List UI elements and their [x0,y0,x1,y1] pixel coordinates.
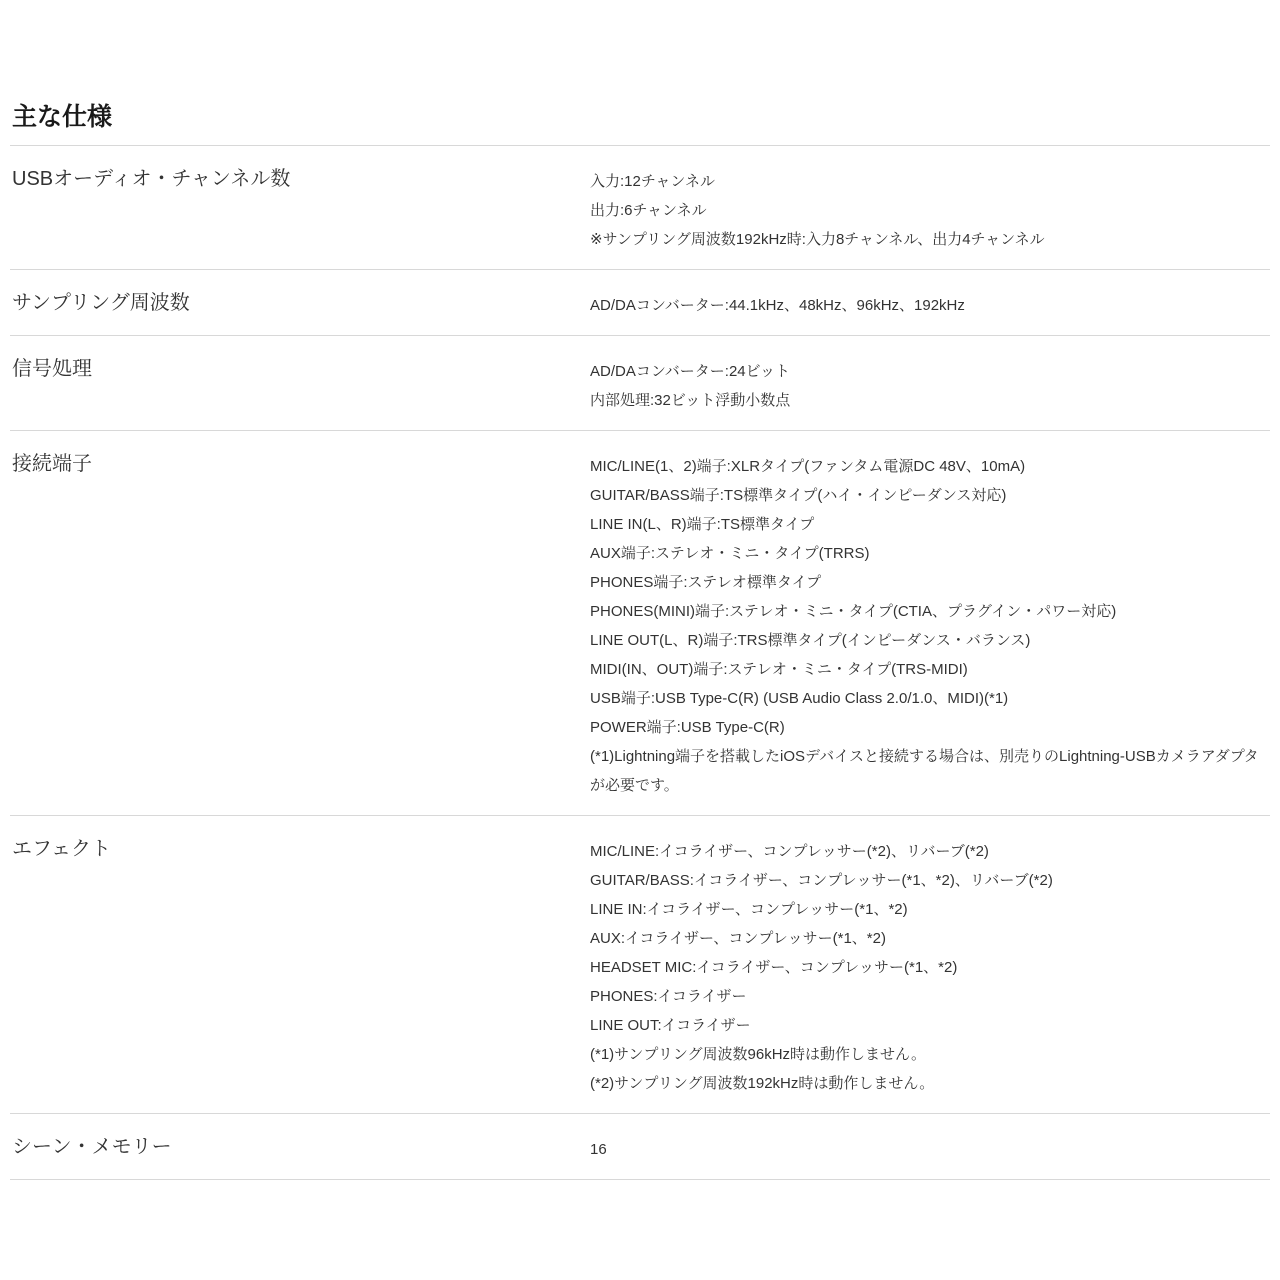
page-title: 主な仕様 [10,0,1270,146]
spec-label: 接続端子 [10,451,590,477]
spec-value-line: AD/DAコンバーター:44.1kHz、48kHz、96kHz、192kHz [590,291,1270,320]
spec-value-line: POWER端子:USB Type-C(R) [590,713,1270,742]
spec-value: MIC/LINE:イコライザー、コンプレッサー(*2)、リバーブ(*2)GUIT… [590,836,1270,1098]
spec-label: シーン・メモリー [10,1134,590,1160]
spec-value-line: ※サンプリング周波数192kHz時:入力8チャンネル、出力4チャンネル [590,225,1270,254]
spec-value-line: GUITAR/BASS:イコライザー、コンプレッサー(*1、*2)、リバーブ(*… [590,866,1270,895]
spec-value-line: LINE IN(L、R)端子:TS標準タイプ [590,510,1270,539]
spec-value-line: HEADSET MIC:イコライザー、コンプレッサー(*1、*2) [590,953,1270,982]
spec-value: 16 [590,1134,1270,1164]
spec-value-line: 16 [590,1135,1270,1164]
spec-value-line: PHONES(MINI)端子:ステレオ・ミニ・タイプ(CTIA、プラグイン・パワ… [590,597,1270,626]
spec-row: USBオーディオ・チャンネル数入力:12チャンネル出力:6チャンネル※サンプリン… [10,146,1270,270]
spec-value-line: LINE OUT(L、R)端子:TRS標準タイプ(インピーダンス・バランス) [590,626,1270,655]
spec-row: サンプリング周波数AD/DAコンバーター:44.1kHz、48kHz、96kHz… [10,270,1270,336]
spec-value: MIC/LINE(1、2)端子:XLRタイプ(ファンタム電源DC 48V、10m… [590,451,1270,800]
spec-value-line: LINE OUT:イコライザー [590,1011,1270,1040]
spec-value-line: PHONES端子:ステレオ標準タイプ [590,568,1270,597]
spec-value-line: AD/DAコンバーター:24ビット [590,357,1270,386]
spec-value-line: AUX:イコライザー、コンプレッサー(*1、*2) [590,924,1270,953]
spec-row: 信号処理AD/DAコンバーター:24ビット内部処理:32ビット浮動小数点 [10,336,1270,431]
spec-value-line: 入力:12チャンネル [590,167,1270,196]
spec-value-line: LINE IN:イコライザー、コンプレッサー(*1、*2) [590,895,1270,924]
spec-value-line: 内部処理:32ビット浮動小数点 [590,386,1270,415]
spec-value-line: PHONES:イコライザー [590,982,1270,1011]
spec-table: USBオーディオ・チャンネル数入力:12チャンネル出力:6チャンネル※サンプリン… [10,146,1270,1180]
spec-row: エフェクトMIC/LINE:イコライザー、コンプレッサー(*2)、リバーブ(*2… [10,816,1270,1114]
spec-value-line: 出力:6チャンネル [590,196,1270,225]
spec-value-line: (*2)サンプリング周波数192kHz時は動作しません。 [590,1069,1270,1098]
spec-value-line: GUITAR/BASS端子:TS標準タイプ(ハイ・インピーダンス対応) [590,481,1270,510]
spec-label: 信号処理 [10,356,590,382]
spec-value-line: MIDI(IN、OUT)端子:ステレオ・ミニ・タイプ(TRS-MIDI) [590,655,1270,684]
spec-value-line: USB端子:USB Type-C(R) (USB Audio Class 2.0… [590,684,1270,713]
spec-value: 入力:12チャンネル出力:6チャンネル※サンプリング周波数192kHz時:入力8… [590,166,1270,254]
spec-value-line: (*1)Lightning端子を搭載したiOSデバイスと接続する場合は、別売りの… [590,742,1270,800]
spec-label: サンプリング周波数 [10,290,590,316]
spec-value-line: AUX端子:ステレオ・ミニ・タイプ(TRRS) [590,539,1270,568]
spec-value-line: MIC/LINE(1、2)端子:XLRタイプ(ファンタム電源DC 48V、10m… [590,452,1270,481]
spec-label: USBオーディオ・チャンネル数 [10,166,590,192]
spec-label: エフェクト [10,836,590,862]
spec-page: 主な仕様 USBオーディオ・チャンネル数入力:12チャンネル出力:6チャンネル※… [0,0,1280,1180]
spec-value: AD/DAコンバーター:24ビット内部処理:32ビット浮動小数点 [590,356,1270,415]
spec-value-line: (*1)サンプリング周波数96kHz時は動作しません。 [590,1040,1270,1069]
spec-value-line: MIC/LINE:イコライザー、コンプレッサー(*2)、リバーブ(*2) [590,837,1270,866]
spec-row: シーン・メモリー16 [10,1114,1270,1180]
spec-value: AD/DAコンバーター:44.1kHz、48kHz、96kHz、192kHz [590,290,1270,320]
spec-row: 接続端子MIC/LINE(1、2)端子:XLRタイプ(ファンタム電源DC 48V… [10,431,1270,816]
